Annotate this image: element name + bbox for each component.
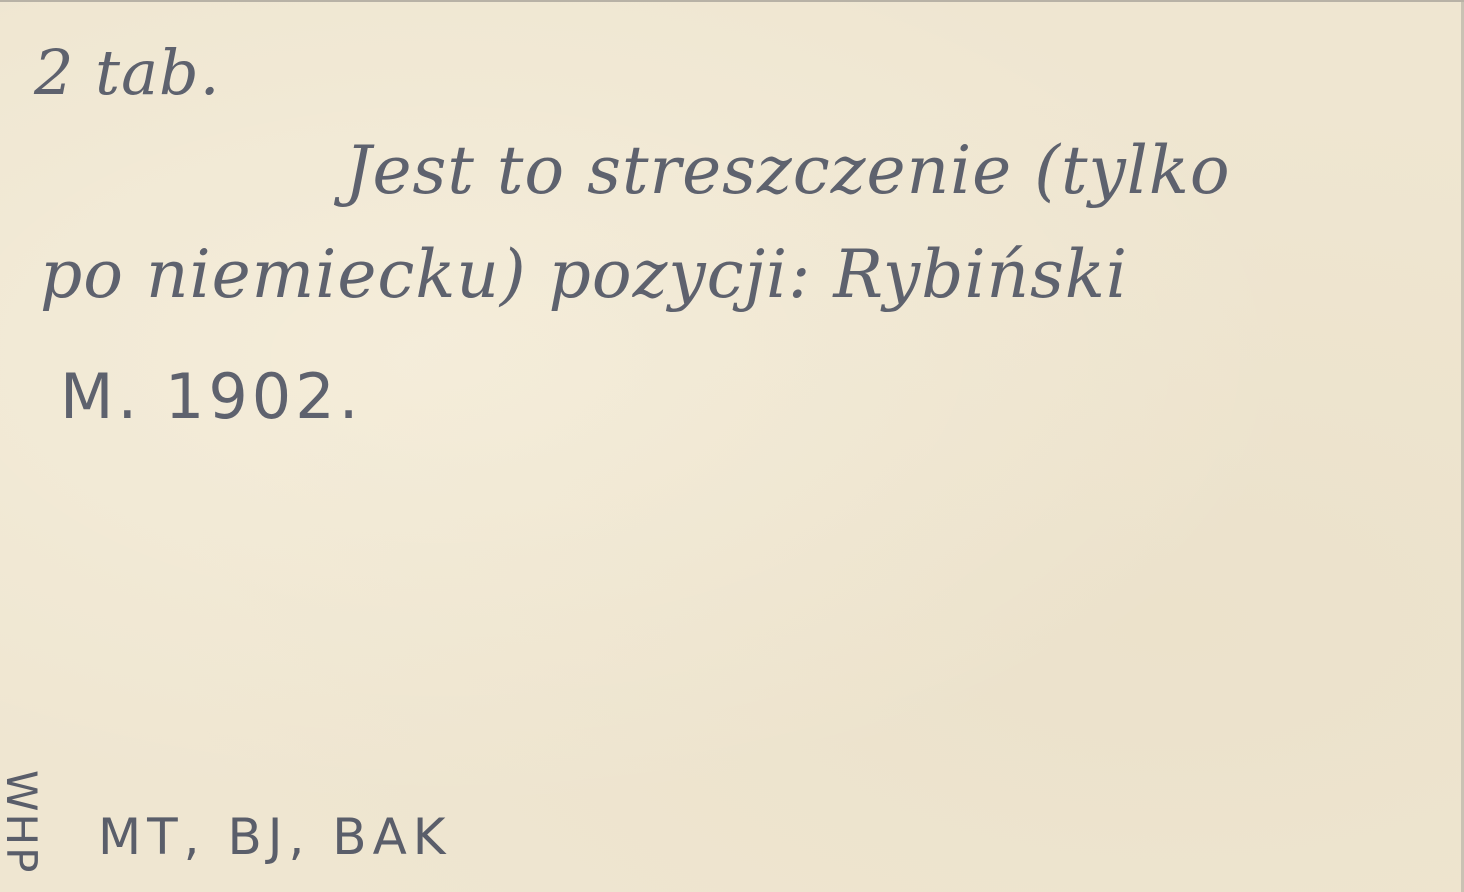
rotated-mark: WHP bbox=[2, 770, 62, 892]
note-tables: 2 tab. bbox=[34, 36, 220, 109]
note-text-line-3: M. 1902. bbox=[60, 360, 362, 433]
note-text-line-1: Jest to streszczenie (tylko bbox=[345, 132, 1231, 209]
note-text-line-2: po niemiecku) pozycji: Rybiński bbox=[40, 236, 1128, 313]
rotated-mark-text: WHP bbox=[0, 770, 46, 874]
catalog-card: 2 tab. Jest to streszczenie (tylko po ni… bbox=[0, 0, 1464, 892]
library-locations: MT, BJ, BAK bbox=[98, 808, 452, 866]
